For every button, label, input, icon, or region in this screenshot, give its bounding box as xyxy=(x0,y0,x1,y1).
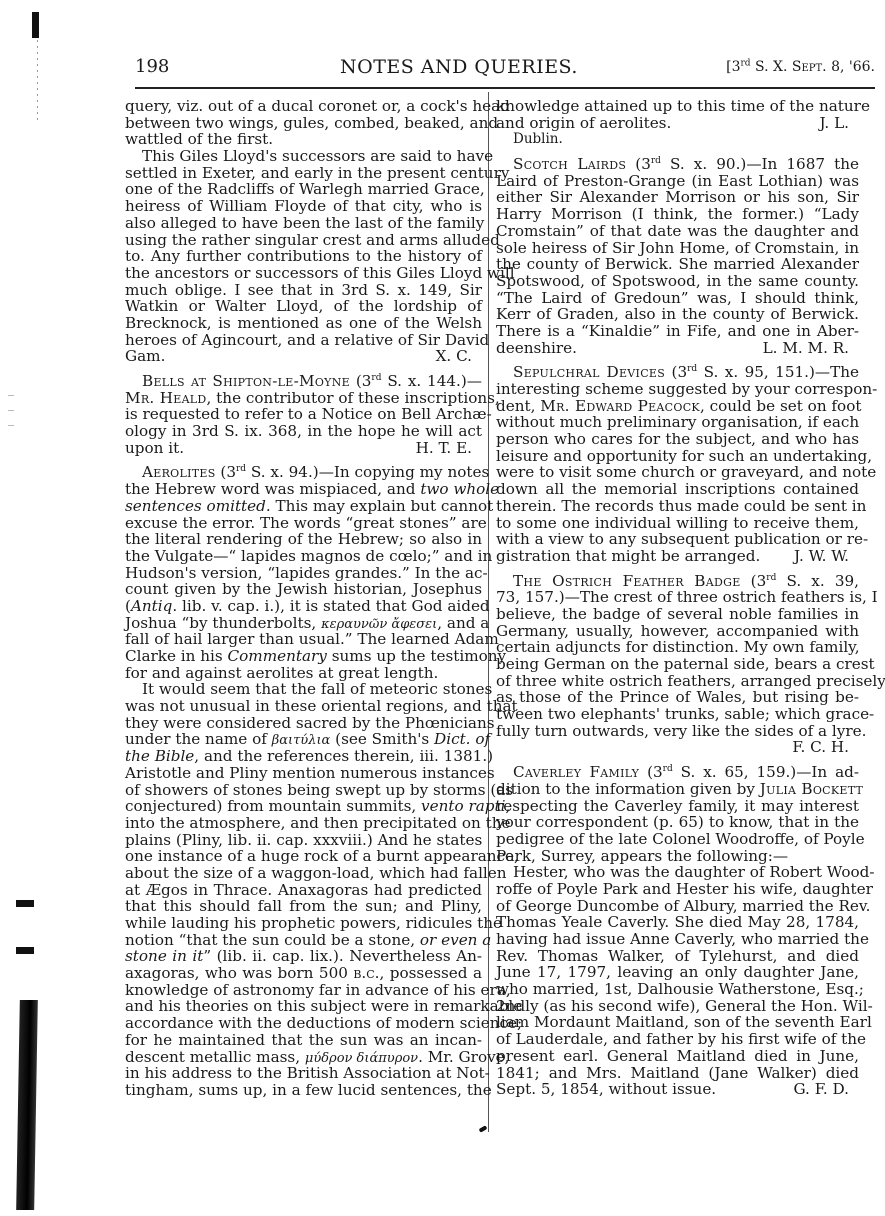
text-line: sums up the testimony xyxy=(327,647,506,665)
text-line: without much preliminary organisation, i… xyxy=(496,414,859,431)
text-line: June 17, 1797, leaving an only daughter … xyxy=(496,964,859,981)
newspaper-page: 198 NOTES AND QUERIES. [3rd S. X. Sept. … xyxy=(0,0,885,1216)
text-line: Brecknock, is mentioned as one of the We… xyxy=(125,315,482,332)
text-line: Gam.X. C. xyxy=(125,348,482,365)
scan-tick xyxy=(8,410,14,411)
text-line: Mr. Edward Peacock xyxy=(540,397,700,415)
text-line: rd xyxy=(687,364,697,374)
text-line: (see Smith's xyxy=(330,730,434,748)
text-line: they were considered sacred by the Phœni… xyxy=(125,715,482,732)
text-line: rd xyxy=(651,156,661,166)
scan-tick xyxy=(8,395,14,396)
text-line: S. x. 65, 159.)—In ad- xyxy=(673,763,859,781)
signature: X. C. xyxy=(436,348,482,365)
text-line: fall of hail larger than usual.” The lea… xyxy=(125,631,482,648)
text-line: . lib. v. cap. i.), it is stated that Go… xyxy=(172,597,489,615)
text-line: was not unusual in these oriental region… xyxy=(125,698,482,715)
left-column: query, viz. out of a ducal coronet or, a… xyxy=(125,98,482,1099)
text-line: 1841; and Mrs. Maitland (Jane Walker) di… xyxy=(496,1065,859,1082)
text-line: Gam. xyxy=(125,347,165,365)
scan-ink-mark xyxy=(479,1125,488,1132)
text-line: of George Duncombe of Albury, married th… xyxy=(496,898,859,915)
text-line: Aristotle and Pliny mention numerous ins… xyxy=(125,765,482,782)
text-line: , and a xyxy=(437,614,489,632)
article-heading: Bells at Shipton-le-Moyne xyxy=(142,372,350,390)
text-line: the Vulgate—“ lapides magnos de cœlo;” a… xyxy=(125,548,482,565)
text-line: Sept. 5, 1854, without issue. xyxy=(496,1080,716,1098)
text-line: dent, Mr. Edward Peacock, could be set o… xyxy=(496,398,859,415)
text-line: being German on the paternal side, bears… xyxy=(496,656,859,673)
scan-artifact-mark xyxy=(16,947,34,954)
text-line: roffe of Poyle Park and Hester his wife,… xyxy=(496,881,859,898)
text-line: the literal rendering of the Hebrew; so … xyxy=(125,531,482,548)
text-line: conjectured) from mountain summits, vent… xyxy=(125,798,482,815)
text-line: is requested to refer to a Notice on Bel… xyxy=(125,406,482,423)
text-line: It would seem that the fall of meteoric … xyxy=(125,681,482,698)
text-line: fully turn outwards, very like the sides… xyxy=(496,723,859,740)
text-line: gistration that might be arranged. xyxy=(496,547,760,565)
text-line: count given by the Jewish historian, Jos… xyxy=(125,581,482,598)
text-line: under the name of βαιτύλια (see Smith's … xyxy=(125,731,482,748)
text-line: plains (Pliny, lib. ii. cap. xxxviii.) A… xyxy=(125,832,482,849)
text-line: Park, Surrey, appears the following:— xyxy=(496,848,859,865)
signature: G. F. D. xyxy=(793,1081,859,1098)
text-line: stone in it” (lib. ii. cap. lix.). Never… xyxy=(125,948,482,965)
text-line: were to visit some church or graveyard, … xyxy=(496,464,859,481)
text-line: settled in Exeter, and early in the pres… xyxy=(125,165,482,182)
text-line: Antiq xyxy=(131,597,172,615)
article-ostrich-feather-badge: The Ostrich Feather Badge (3rd S. x. 39,… xyxy=(496,573,859,757)
text-line: sentences omitted. xyxy=(125,497,271,515)
text-line: of Lauderdale, and father by his first w… xyxy=(496,1031,859,1048)
text-line: the Bible xyxy=(125,747,194,765)
text-line: query, viz. out of a ducal coronet or, a… xyxy=(125,98,482,115)
scan-tick xyxy=(8,425,14,426)
text-line: at Ægos in Thrace. Anaxagoras had predic… xyxy=(125,882,482,899)
text-line: S. x. 39, xyxy=(776,572,859,590)
text-line: sentences omitted. This may explain but … xyxy=(125,498,482,515)
text-line: tingham, sums up, in a few lucid sentenc… xyxy=(125,1082,482,1099)
text-line: Aerolites (3rd S. x. 94.)—In copying my … xyxy=(125,464,482,481)
text-line: notion “that the sun could be a stone, xyxy=(125,931,420,949)
text-line: and origin of aerolites.J. L. xyxy=(496,115,859,132)
text-line: pedigree of the late Colonel Woodroffe, … xyxy=(496,831,859,848)
aerolites-conclusion: knowledge attained up to this time of th… xyxy=(496,98,859,148)
text-line: The Ostrich Feather Badge (3rd S. x. 39, xyxy=(496,573,859,590)
signature: F. C. H. xyxy=(496,739,859,756)
article-heading: Scotch Lairds xyxy=(513,155,626,173)
text-line: Scotch Lairds (3rd S. x. 90.)—In 1687 th… xyxy=(496,156,859,173)
meteoric-paragraph: It would seem that the fall of meteoric … xyxy=(125,681,482,1098)
place-line: Dublin. xyxy=(496,131,859,148)
journal-title: NOTES AND QUERIES. xyxy=(340,56,578,78)
text-line: having had issue Anne Caverly, who marri… xyxy=(496,931,859,948)
text-line: using the rather singular crest and arms… xyxy=(125,232,482,249)
text-line: also alleged to have been the last of th… xyxy=(125,215,482,232)
text-line: axagoras, who was born 500 b.c., possess… xyxy=(125,965,482,982)
text-line: one instance of a huge rock of a burnt a… xyxy=(125,848,482,865)
text-line: Hudson's version, “lapides grandes.” In … xyxy=(125,565,482,582)
text-line: (3 xyxy=(626,155,651,173)
text-line: that this should fall from the sun; and … xyxy=(125,898,482,915)
signature: J. W. W. xyxy=(794,548,859,565)
text-line: , and the references therein, iii. 1381.… xyxy=(194,747,493,765)
article-sepulchral-devices: Sepulchral Devices (3rd S. x. 95, 151.)—… xyxy=(496,364,859,564)
text-line: notion “that the sun could be a stone, o… xyxy=(125,932,482,949)
text-line: for he maintained that the sun was an in… xyxy=(125,1032,482,1049)
lloyd-paragraph: This Giles Lloyd's successors are said t… xyxy=(125,148,482,365)
text-line: gistration that might be arranged.J. W. … xyxy=(496,548,859,565)
text-line: Germany, usually, however, accompanied w… xyxy=(496,623,859,640)
signature: L. M. M. R. xyxy=(763,340,859,357)
text-line: ology in 3rd S. ix. 368, in the hope he … xyxy=(125,423,482,440)
text-line: excuse the error. The words “great stone… xyxy=(125,515,482,532)
text-line: (Antiq. lib. v. cap. i.), it is stated t… xyxy=(125,598,482,615)
scan-artifact-dots xyxy=(37,40,38,120)
text-line: for and against aerolites at great lengt… xyxy=(125,665,482,682)
article-bells: Bells at Shipton-le-Moyne (3rd S. x. 144… xyxy=(125,373,482,456)
text-line: knowledge of astronomy far in advance of… xyxy=(125,982,482,999)
text-line: 8, '66. xyxy=(827,59,875,75)
text-line: Rev. Thomas Walker, of Tylehurst, and di… xyxy=(496,948,859,965)
text-line: , the contributor of these inscriptions, xyxy=(207,389,500,407)
text-line: leisure and opportunity for such an unde… xyxy=(496,448,859,465)
text-line: accordance with the deductions of modern… xyxy=(125,1015,482,1032)
text-line: down all the memorial inscriptions conta… xyxy=(496,481,859,498)
text-line: tween two elephants' trunks, sable; whic… xyxy=(496,706,859,723)
text-line: Harry Morrison (I think, the former.) “L… xyxy=(496,206,859,223)
text-line: Joshua “by thunderbolts, xyxy=(125,614,321,632)
text-line: sole heiress of Sir John Home, of Cromst… xyxy=(496,240,859,257)
header-rule xyxy=(135,87,875,89)
text-line: , possessed a xyxy=(380,964,483,982)
text-line: Laird of Preston-Grange (in East Lothian… xyxy=(496,173,859,190)
text-line: Commentary xyxy=(228,647,327,665)
text-line: the county of Berwick. She married Alexa… xyxy=(496,256,859,273)
text-line: Cromstain” of that date was the daughter… xyxy=(496,223,859,240)
text-line: under the name of xyxy=(125,730,272,748)
text-line: while lauding his prophetic powers, ridi… xyxy=(125,915,482,932)
text-line: the Hebrew word was mispiaced, and xyxy=(125,480,420,498)
page-number: 198 xyxy=(135,56,169,77)
series-reference: [3rd S. X. Sept. 8, '66. xyxy=(726,59,875,75)
text-line: S. x. 95, 151.)—The xyxy=(697,363,859,381)
text-line: This may explain but cannot xyxy=(271,497,494,515)
text-line: upon it. xyxy=(125,439,184,457)
text-line: vento rapti xyxy=(421,797,505,815)
text-line: axagoras, who was born 500 xyxy=(125,964,353,982)
text-line: therein. The records thus made could be … xyxy=(496,498,859,515)
text-line: Sept. 5, 1854, without issue.G. F. D. xyxy=(496,1081,859,1098)
text-line: of showers of stones being swept up by s… xyxy=(125,782,482,799)
text-line: person who cares for the subject, and wh… xyxy=(496,431,859,448)
article-heading: The Ostrich Feather Badge xyxy=(513,572,741,590)
text-line: rd xyxy=(236,464,246,474)
text-line: the Bible, and the references therein, i… xyxy=(125,748,482,765)
text-line: Sepulchral Devices (3rd S. x. 95, 151.)—… xyxy=(496,364,859,381)
text-line: ” (lib. ii. cap. lix.). Nevertheless An- xyxy=(203,947,482,965)
lloyd-continuation: query, viz. out of a ducal coronet or, a… xyxy=(125,98,482,148)
article-aerolites: Aerolites (3rd S. x. 94.)—In copying my … xyxy=(125,464,482,681)
text-line: dition to the information given by xyxy=(496,780,760,798)
text-line: the Hebrew word was mispiaced, and two w… xyxy=(125,481,482,498)
text-line: (3 xyxy=(639,763,662,781)
text-line: heiress of William Floyde of that city, … xyxy=(125,198,482,215)
text-line: and his theories on this subject were in… xyxy=(125,998,482,1015)
text-line: your correspondent (p. 65) to know, that… xyxy=(496,814,859,831)
text-line: (3 xyxy=(741,572,767,590)
text-line: Hester, who was the daughter of Robert W… xyxy=(496,864,859,881)
text-line: Kerr of Graden, also in the county of Be… xyxy=(496,306,859,323)
text-line: Mr. Heald xyxy=(125,389,207,407)
scan-artifact-top xyxy=(32,12,39,38)
text-line: dent, xyxy=(496,397,540,415)
text-line: wattled of the first. xyxy=(125,131,482,148)
text-line: S. x. 94.)—In copying my notes xyxy=(246,463,489,481)
article-heading: Sepulchral Devices xyxy=(513,363,665,381)
text-line: (3 xyxy=(216,463,236,481)
text-line: heroes of Agincourt, and a relative of S… xyxy=(125,332,482,349)
signature: H. T. E. xyxy=(416,440,482,457)
text-line: , could be set on foot xyxy=(700,397,862,415)
text-line: knowledge attained up to this time of th… xyxy=(496,98,859,115)
text-line: stone in it xyxy=(125,947,203,965)
text-line: deenshire. xyxy=(496,339,577,357)
text-line: Clarke in his xyxy=(125,647,228,665)
text-line: upon it.H. T. E. xyxy=(125,440,482,457)
text-line: rd xyxy=(740,58,750,68)
text-line: Sept. xyxy=(792,59,827,75)
text-line: the ancestors or successors of this Gile… xyxy=(125,265,482,282)
text-line: either Sir Alexander Morrison or his son… xyxy=(496,189,859,206)
scan-artifact-mark xyxy=(16,900,34,907)
text-line: There is a “Kinaldie” in Fife, and one i… xyxy=(496,323,859,340)
article-heading: Aerolites xyxy=(142,463,216,481)
text-line: Clarke in his Commentary sums up the tes… xyxy=(125,648,482,665)
text-line: S. x. 90.)—In 1687 the xyxy=(661,155,859,173)
text-line: b.c. xyxy=(353,964,379,982)
text-line: Julia Bockett xyxy=(760,780,863,798)
text-line: deenshire.L. M. M. R. xyxy=(496,340,859,357)
text-line: respecting the Caverley family, it may i… xyxy=(496,798,859,815)
text-line: in his address to the British Associatio… xyxy=(125,1065,482,1082)
text-line: about the size of a waggon-load, which h… xyxy=(125,865,482,882)
scan-artifact-spine xyxy=(16,1000,38,1210)
text-line: present earl. General Maitland died in J… xyxy=(496,1048,859,1065)
text-line: two whole xyxy=(420,480,499,498)
text-line: as those of the Prince of Wales, but ris… xyxy=(496,689,859,706)
text-line: Spotswood, of Spotswood, in the same cou… xyxy=(496,273,859,290)
text-line: Bells at Shipton-le-Moyne (3rd S. x. 144… xyxy=(125,373,482,390)
text-line: This Giles Lloyd's successors are said t… xyxy=(125,148,482,165)
text-line: dition to the information given by Julia… xyxy=(496,781,859,798)
text-line: interesting scheme suggested by your cor… xyxy=(496,381,859,398)
text-line: and origin of aerolites. xyxy=(496,114,671,132)
text-line: 73, 157.)—The crest of three ostrich fea… xyxy=(496,589,859,606)
text-line: conjectured) from mountain summits, xyxy=(125,797,421,815)
text-line: into the atmosphere, and then precipitat… xyxy=(125,815,482,832)
text-line: (3 xyxy=(350,372,371,390)
text-line: S. X. xyxy=(751,59,792,75)
article-scotch-lairds: Scotch Lairds (3rd S. x. 90.)—In 1687 th… xyxy=(496,156,859,356)
text-line: Caverley Family (3rd S. x. 65, 159.)—In … xyxy=(496,764,859,781)
text-line: or even a xyxy=(420,931,491,949)
text-line: rd xyxy=(371,373,381,383)
text-line: of three white ostrich feathers, arrange… xyxy=(496,673,859,690)
text-line: to some one individual willing to receiv… xyxy=(496,515,859,532)
article-caverley-family: Caverley Family (3rd S. x. 65, 159.)—In … xyxy=(496,764,859,1098)
text-line: liam Mordaunt Maitland, son of the seven… xyxy=(496,1014,859,1031)
text-line: to. Any further contributions to the his… xyxy=(125,248,482,265)
article-heading: Caverley Family xyxy=(513,763,639,781)
running-head: 198 NOTES AND QUERIES. [3rd S. X. Sept. … xyxy=(135,56,875,80)
text-line: descent metallic mass, xyxy=(125,1048,305,1066)
text-line: Dict. of xyxy=(434,730,490,748)
text-line: Mr. Heald, the contributor of these insc… xyxy=(125,390,482,407)
text-line: between two wings, gules, combed, beaked… xyxy=(125,115,482,132)
text-line: certain adjuncts for distinction. My own… xyxy=(496,639,859,656)
text-line: Joshua “by thunderbolts, κεραυνῶν ἄφεσει… xyxy=(125,615,482,632)
text-line: much oblige. I see that in 3rd S. x. 149… xyxy=(125,282,482,299)
text-line: “The Laird of Gredoun” was, I should thi… xyxy=(496,290,859,307)
signature: J. L. xyxy=(820,115,859,132)
text-line: (3 xyxy=(665,363,687,381)
text-line: rd xyxy=(663,764,673,774)
text-line: Watkin or Walter Lloyd, of the lordship … xyxy=(125,298,482,315)
text-line: rd xyxy=(766,573,776,583)
text-line: 2ndly (as his second wife), General the … xyxy=(496,998,859,1015)
text-line: Thomas Yeale Caverly. She died May 28, 1… xyxy=(496,914,859,931)
text-line: who married, 1st, Dalhousie Watherstone,… xyxy=(496,981,859,998)
right-column: knowledge attained up to this time of th… xyxy=(496,98,859,1098)
text-line: believe, the badge of several noble fami… xyxy=(496,606,859,623)
text-line: with a view to any subsequent publicatio… xyxy=(496,531,859,548)
text-line: descent metallic mass, μύδρον διάπυρον. … xyxy=(125,1049,482,1066)
text-line: one of the Radcliffs of Warlegh married … xyxy=(125,181,482,198)
text-line: S. x. 144.)— xyxy=(381,372,482,390)
